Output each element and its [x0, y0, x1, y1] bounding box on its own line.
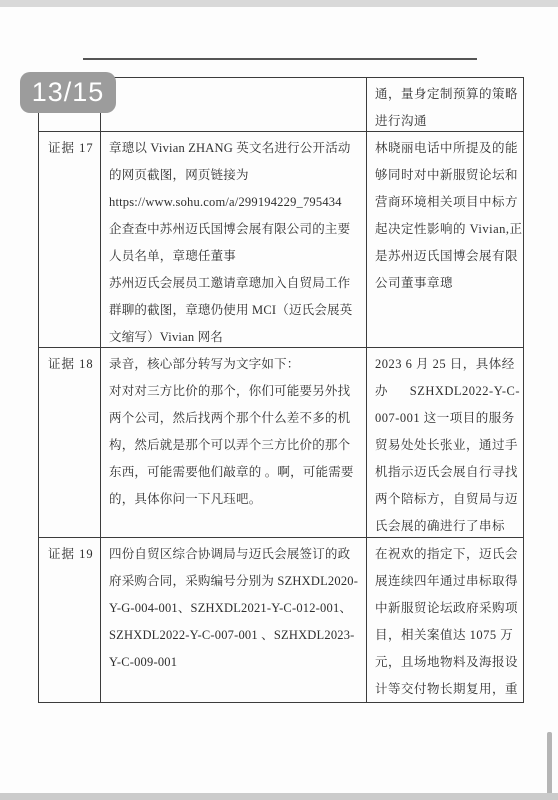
page-header-rule: [83, 58, 477, 60]
evidence-content-cell: [101, 78, 367, 132]
viewer-bottom-edge-bar: [0, 793, 558, 800]
evidence-table: 通，量身定制预算的策略 进行沟通 证据 17 章璁以 Vivian ZHANG …: [38, 77, 524, 703]
evidence-content-cell: 章璁以 Vivian ZHANG 英文名进行公开活动 的网页截图，网页链接为 h…: [101, 132, 367, 348]
conclusion-cell: 林晓丽电话中所提及的能 够同时对中新服贸论坛和 营商环境相关项目中标方 起决定性…: [367, 132, 523, 348]
evidence-label-cell: 证据 19: [39, 538, 101, 702]
page-number-label: 13/15: [32, 77, 105, 108]
conclusion-cell: 在祝欢的指定下，迈氏会 展连续四年通过串标取得 中新服贸论坛政府采购项 目，相关…: [367, 538, 523, 702]
viewer-top-edge-bar: [0, 0, 558, 7]
evidence-content-cell: 录音，核心部分转写为文字如下： 对对对三方比价的那个，你们可能要另外找 两个公司…: [101, 348, 367, 538]
evidence-label-cell: 证据 18: [39, 348, 101, 538]
vertical-scrollbar-thumb[interactable]: [547, 732, 552, 800]
document-viewer: 13/15 通，量身定制预算的策略 进行沟通 证据 17 章璁以 Vivian …: [0, 0, 558, 800]
evidence-content-cell: 四份自贸区综合协调局与迈氏会展签订的政 府采购合同，采购编号分别为 SZHXDL…: [101, 538, 367, 702]
page-number-badge: 13/15: [20, 72, 116, 113]
conclusion-cell: 2023 6 月 25 日，具体经 办 SZHXDL2022-Y-C- 007-…: [367, 348, 523, 538]
conclusion-cell: 通，量身定制预算的策略 进行沟通: [367, 78, 523, 132]
evidence-label-cell: 证据 17: [39, 132, 101, 348]
